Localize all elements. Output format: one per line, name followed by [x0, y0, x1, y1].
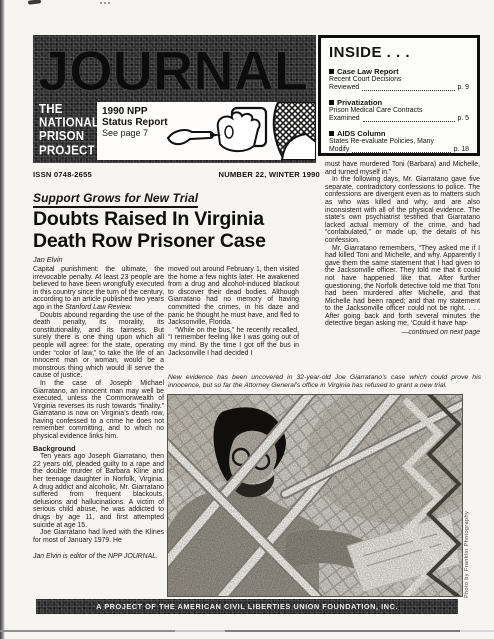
journal-title-art: JOURNAL	[36, 38, 312, 100]
org-name: THE NATIONAL PRISON PROJECT	[39, 103, 99, 158]
toc-leader-row: Modify p. 18	[329, 146, 469, 154]
dot-leader	[362, 89, 454, 91]
toc-desc-tail: Reviewed	[329, 84, 359, 92]
scan-mark	[28, 0, 41, 5]
toc-item-privatization: Privatization Prison Medical Care Contra…	[329, 98, 469, 123]
org-name-line: NATIONAL	[39, 117, 99, 131]
toc-desc: States Re-evaluate Policies, Many	[329, 138, 469, 146]
footer-banner: A PROJECT OF THE AMERICAN CIVIL LIBERTIE…	[36, 599, 458, 614]
paragraph: Mr. Giarratano remembers, “They asked me…	[325, 245, 480, 329]
square-bullet-icon	[329, 131, 334, 136]
paragraph: In the following days, Mr. Giarratano ga…	[325, 176, 480, 244]
org-name-line: PRISON	[39, 131, 99, 145]
headline-line2: Death Row Prisoner Case	[33, 230, 266, 252]
toc-topic-label: Case Law Report	[337, 67, 399, 76]
toc-page-number: p. 18	[454, 146, 469, 154]
prisoner-photo	[167, 394, 463, 597]
org-name-line: THE	[39, 103, 99, 117]
body-column-2: moved out around February 1, then visite…	[168, 266, 299, 357]
paragraph: moved out around February 1, then visite…	[168, 266, 299, 327]
toc-desc-tail: Examined	[329, 115, 360, 123]
paragraph: Joe Giarratano had lived with the Klines…	[33, 529, 164, 544]
kicker: Support Grows for New Trial	[33, 191, 198, 208]
org-name-line: PROJECT	[39, 144, 99, 158]
toc-topic: Case Law Report	[329, 67, 469, 76]
masthead: JOURNAL THE NATIONAL PRISON PROJECT 1990…	[33, 35, 316, 163]
toc-item-case-law: Case Law Report Recent Court Decisions R…	[329, 67, 469, 92]
promo-line2: Status Report	[102, 117, 168, 128]
paragraph: must have murdered Toni (Barbara) and Mi…	[325, 161, 480, 176]
square-bullet-icon	[329, 100, 334, 105]
toc-topic-label: AIDS Column	[337, 129, 386, 138]
scan-edge-left	[0, 0, 5, 639]
photo-art	[167, 394, 463, 597]
journal-title: JOURNAL	[38, 39, 308, 100]
inside-toc-box: INSIDE . . . Case Law Report Recent Cour…	[318, 35, 480, 156]
promo-line1: 1990 NPP	[102, 106, 168, 117]
footer-banner-text: A PROJECT OF THE AMERICAN CIVIL LIBERTIE…	[96, 602, 398, 611]
issue-number: NUMBER 22, WINTER 1990	[219, 170, 320, 179]
inside-title: INSIDE . . .	[329, 44, 469, 61]
newsletter-page: JOURNAL THE NATIONAL PRISON PROJECT 1990…	[0, 0, 494, 639]
issue-info-row: ISSN 0748-2655 NUMBER 22, WINTER 1990	[33, 170, 320, 179]
headline: Doubts Raised In Virginia Death Row Pris…	[33, 208, 266, 252]
toc-topic: AIDS Column	[329, 129, 469, 138]
paragraph: Ten years ago Joseph Giarratano, then 22…	[33, 453, 164, 529]
toc-leader-row: Reviewed p. 9	[329, 84, 469, 92]
photo-credit: Photo by Franklin Photography	[464, 468, 470, 598]
toc-item-aids: AIDS Column States Re-evaluate Policies,…	[329, 129, 469, 154]
scan-dots	[100, 2, 102, 4]
byline: Jan Elvin	[33, 255, 63, 264]
issn: ISSN 0748-2655	[33, 170, 92, 179]
paragraph: Capital punishment: the ultimate, the ir…	[33, 266, 164, 312]
toc-desc: Recent Court Decisions	[329, 76, 469, 84]
headline-line1: Doubts Raised In Virginia	[33, 208, 264, 230]
toc-leader-row: Examined p. 5	[329, 115, 469, 123]
square-bullet-icon	[329, 69, 334, 74]
promo-line3: See page 7	[102, 128, 168, 139]
toc-desc: Prison Medical Care Contracts	[329, 107, 469, 115]
photo-caption: New evidence has been uncovered in 32-ye…	[168, 374, 481, 391]
cartoon-hand-illustration	[166, 102, 316, 160]
status-report-promo: 1990 NPP Status Report See page 7	[97, 102, 316, 160]
scan-edge-bottom	[0, 630, 494, 632]
dot-leader	[363, 120, 455, 122]
continued-note: —continued on next page	[325, 329, 480, 337]
body-column-3: must have murdered Toni (Barbara) and Mi…	[325, 161, 480, 337]
toc-page-number: p. 5	[458, 115, 470, 123]
status-report-text: 1990 NPP Status Report See page 7	[102, 106, 168, 139]
paragraph: “While on the bus,” he recently recalled…	[168, 327, 299, 357]
paragraph: In the case of Joseph Michael Giarratano…	[33, 380, 164, 441]
italic-citation: Stanford Law Review.	[65, 304, 132, 311]
body-column-1: Capital punishment: the ultimate, the ir…	[33, 266, 164, 561]
toc-topic: Privatization	[329, 98, 469, 107]
toc-page-number: p. 9	[458, 84, 470, 92]
toc-desc-tail: Modify	[329, 146, 349, 154]
dot-leader	[352, 151, 450, 153]
paragraph: Doubts abound regarding the use of the d…	[33, 312, 164, 380]
toc-topic-label: Privatization	[337, 98, 382, 107]
section-subhead: Background	[33, 445, 164, 453]
editor-note: Jan Elvin is editor of the NPP JOURNAL.	[33, 553, 164, 561]
